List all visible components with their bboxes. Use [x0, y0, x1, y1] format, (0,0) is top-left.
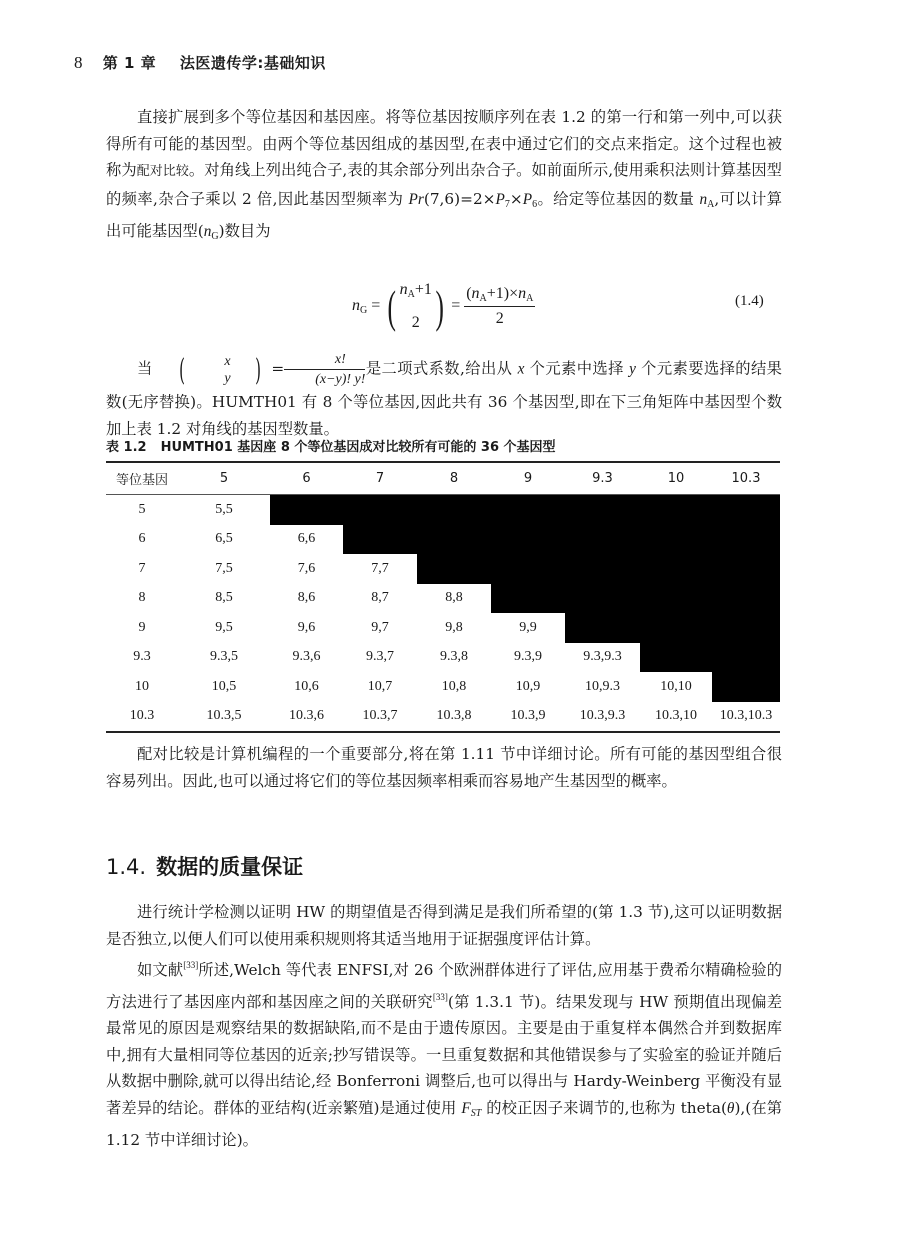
table-row: 66,56,6: [106, 525, 780, 555]
genotype-cell: 10.3,9: [491, 702, 565, 733]
masked-cell: [712, 643, 780, 673]
left-paren: (: [388, 284, 396, 330]
genotype-cell: 9.3,8: [417, 643, 491, 673]
equation-1-4: nG = (nA+12) = (nA+1)×nA2 (1.4): [0, 276, 900, 338]
paragraph-1: 直接扩展到多个等位基因和基因座。将等位基因按顺序列在表 1.2 的第一行和第一列…: [106, 104, 782, 251]
table-row: 9.39.3,59.3,69.3,79.3,89.3,99.3,9.3: [106, 643, 780, 673]
table-row: 10.310.3,510.3,610.3,710.3,810.3,910.3,9…: [106, 702, 780, 733]
genotype-cell: 10.3,9.3: [565, 702, 640, 733]
masked-cell: [565, 554, 640, 584]
paragraph-3: 配对比较是计算机编程的一个重要部分,将在第 1.11 节中详细讨论。所有可能的基…: [106, 741, 782, 794]
allele-label: 10: [106, 672, 178, 702]
paragraph-4: 进行统计学检测以证明 HW 的期望值是否得到满足是我们所希望的(第 1.3 节)…: [106, 899, 782, 952]
genotype-cell: 9.3,9: [491, 643, 565, 673]
table-row: 88,58,68,78,8: [106, 584, 780, 614]
masked-cell: [417, 495, 491, 525]
masked-cell: [270, 495, 343, 525]
table-row: 1010,510,610,710,810,910,9.310,10: [106, 672, 780, 702]
table-row: 55,5: [106, 495, 780, 525]
allele-label: 9: [106, 613, 178, 643]
genotype-cell: 10,7: [343, 672, 417, 702]
citation-33[interactable]: [33]: [183, 960, 198, 970]
genotype-cell: 9,9: [491, 613, 565, 643]
genotype-cell: 7,5: [178, 554, 270, 584]
table-row: 99,59,69,79,89,9: [106, 613, 780, 643]
table-caption: 表 1.2HUMTH01 基因座 8 个等位基因成对比较所有可能的 36 个基因…: [106, 436, 556, 455]
masked-cell: [343, 495, 417, 525]
chapter-label: 第 1 章: [103, 54, 156, 72]
right-paren: ): [435, 284, 443, 330]
genotype-cell: 10,5: [178, 672, 270, 702]
masked-cell: [417, 554, 491, 584]
masked-cell: [640, 613, 712, 643]
genotype-cell: 8,6: [270, 584, 343, 614]
masked-cell: [565, 584, 640, 614]
genotype-cell: 8,7: [343, 584, 417, 614]
masked-cell: [712, 672, 780, 702]
genotype-cell: 10,9: [491, 672, 565, 702]
masked-cell: [712, 584, 780, 614]
table-header-row: 等位基因 5 6 7 8 9 9.3 10 10.3: [106, 462, 780, 495]
genotype-cell: 10.3,10: [640, 702, 712, 733]
genotype-cell: 10,9.3: [565, 672, 640, 702]
genotype-cell: 9,8: [417, 613, 491, 643]
allele-label: 8: [106, 584, 178, 614]
section-heading: 1.4.数据的质量保证: [106, 851, 303, 881]
genotype-cell: 10,6: [270, 672, 343, 702]
term-pairwise-comparison: 配对比较: [137, 164, 189, 179]
masked-cell: [712, 613, 780, 643]
genotype-cell: 10.3,5: [178, 702, 270, 733]
masked-cell: [491, 525, 565, 555]
allele-label: 7: [106, 554, 178, 584]
genotype-cell: 8,8: [417, 584, 491, 614]
genotype-cell: 5,5: [178, 495, 270, 525]
page-number: 8: [74, 53, 83, 72]
genotype-cell: 10.3,10.3: [712, 702, 780, 733]
masked-cell: [491, 554, 565, 584]
masked-cell: [565, 495, 640, 525]
genotype-cell: 9.3,6: [270, 643, 343, 673]
genotype-cell: 10.3,6: [270, 702, 343, 733]
masked-cell: [565, 525, 640, 555]
fraction: (nA+1)×nA2: [464, 285, 535, 328]
genotype-cell: 9,5: [178, 613, 270, 643]
genotype-cell: 10.3,7: [343, 702, 417, 733]
genotype-cell: 9,7: [343, 613, 417, 643]
masked-cell: [712, 554, 780, 584]
masked-cell: [712, 525, 780, 555]
table-row: 77,57,67,7: [106, 554, 780, 584]
equation-number: (1.4): [735, 293, 764, 310]
genotype-cell: 9.3,7: [343, 643, 417, 673]
masked-cell: [640, 584, 712, 614]
allele-label: 9.3: [106, 643, 178, 673]
allele-label: 6: [106, 525, 178, 555]
citation-33[interactable]: [33]: [433, 992, 448, 1002]
masked-cell: [712, 495, 780, 525]
masked-cell: [491, 584, 565, 614]
paragraph-2: 当(xy)=x!(x−y)! y!是二项式系数,给出从 x 个元素中选择 y 个…: [106, 350, 782, 442]
chapter-title: 法医遗传学:基础知识: [180, 54, 326, 72]
genotype-cell: 10.3,8: [417, 702, 491, 733]
masked-cell: [491, 495, 565, 525]
masked-cell: [565, 613, 640, 643]
genotype-cell: 9.3,9.3: [565, 643, 640, 673]
masked-cell: [640, 643, 712, 673]
paragraph-5: 如文献[33]所述,Welch 等代表 ENFSI,对 26 个欧洲群体进行了评…: [106, 952, 782, 1154]
genotype-cell: 10,8: [417, 672, 491, 702]
masked-cell: [343, 525, 417, 555]
allele-label: 5: [106, 495, 178, 525]
genotype-table: 等位基因 5 6 7 8 9 9.3 10 10.3 55,566,56,677…: [106, 461, 780, 733]
genotype-cell: 6,6: [270, 525, 343, 555]
binomial: nA+12: [400, 276, 432, 337]
genotype-cell: 7,7: [343, 554, 417, 584]
masked-cell: [640, 495, 712, 525]
genotype-cell: 6,5: [178, 525, 270, 555]
genotype-cell: 9,6: [270, 613, 343, 643]
genotype-cell: 10,10: [640, 672, 712, 702]
masked-cell: [417, 525, 491, 555]
running-header: 8 第 1 章 法医遗传学:基础知识: [74, 52, 326, 73]
genotype-cell: 9.3,5: [178, 643, 270, 673]
genotype-cell: 7,6: [270, 554, 343, 584]
allele-label: 10.3: [106, 702, 178, 733]
masked-cell: [640, 525, 712, 555]
genotype-cell: 8,5: [178, 584, 270, 614]
masked-cell: [640, 554, 712, 584]
